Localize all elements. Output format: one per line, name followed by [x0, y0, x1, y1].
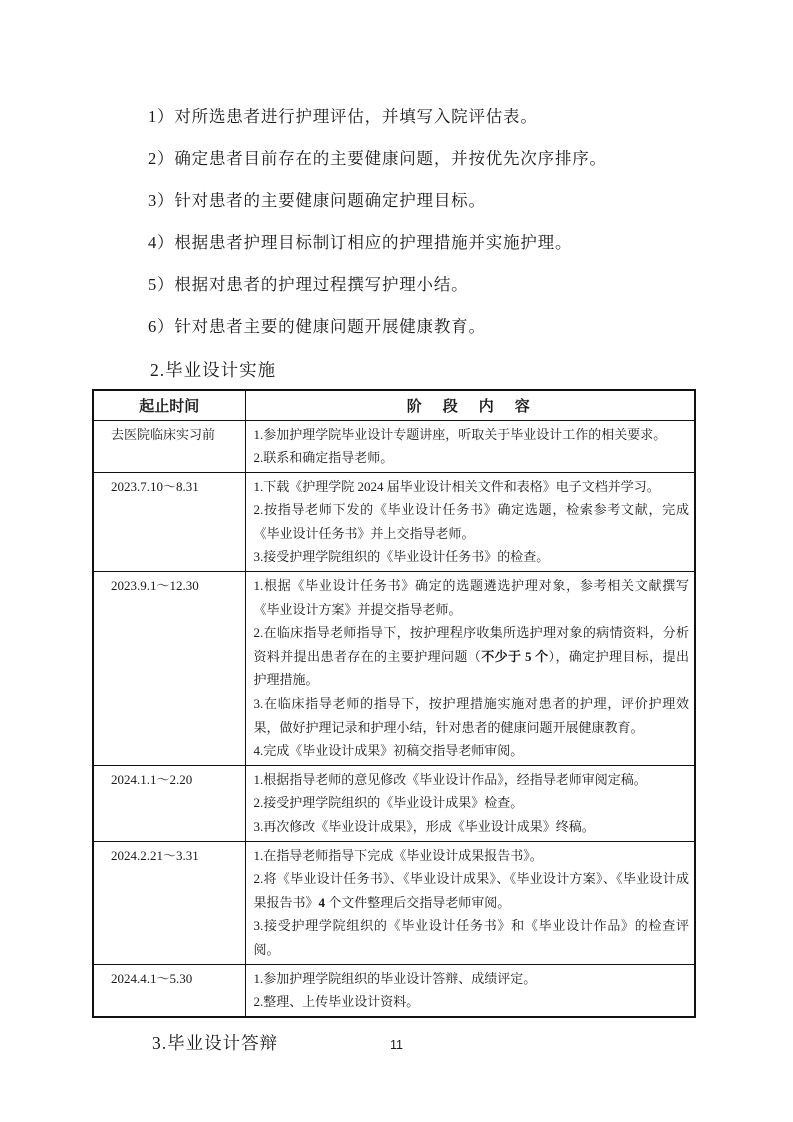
stage-item: 1.根据指导老师的意见修改《毕业设计作品》，经指导老师审阅定稿。 [254, 768, 690, 792]
stage-item: 1.参加护理学院组织的毕业设计答辩、成绩评定。 [254, 967, 690, 991]
time-cell: 2023.7.10～8.31 [93, 472, 245, 571]
stage-content-cell: 1.根据《毕业设计任务书》确定的选题遴选护理对象，参考相关文献撰写《毕业设计方案… [245, 572, 695, 766]
header-cell-time: 起止时间 [93, 390, 245, 420]
stage-item: 2.在临床指导老师指导下，按护理程序收集所选护理对象的病情资料，分析资料并提出患… [254, 621, 690, 692]
table-row: 2023.9.1～12.301.根据《毕业设计任务书》确定的选题遴选护理对象，参… [93, 572, 695, 766]
time-cell: 2024.2.21～3.31 [93, 841, 245, 964]
table-row: 2024.2.21～3.311.在指导老师指导下完成《毕业设计成果报告书》。2.… [93, 841, 695, 964]
schedule-table-body: 去医院临床实习前1.参加护理学院毕业设计专题讲座，听取关于毕业设计工作的相关要求… [93, 420, 695, 1017]
time-cell: 2023.9.1～12.30 [93, 572, 245, 766]
task-item-3: 3）针对患者的主要健康问题确定护理目标。 [148, 190, 733, 212]
stage-item: 2.接受护理学院组织的《毕业设计成果》检查。 [254, 791, 690, 815]
stage-item: 1.下载《护理学院 2024 届毕业设计相关文件和表格》电子文档并学习。 [254, 475, 690, 499]
table-row: 2024.1.1～2.201.根据指导老师的意见修改《毕业设计作品》，经指导老师… [93, 765, 695, 841]
stage-item: 2.联系和确定指导老师。 [254, 446, 690, 470]
stage-item: 3.再次修改《毕业设计成果》，形成《毕业设计成果》终稿。 [254, 815, 690, 839]
schedule-table: 起止时间 阶 段 内 容 去医院临床实习前1.参加护理学院毕业设计专题讲座，听取… [92, 389, 696, 1018]
document-page: 1）对所选患者进行护理评估，并填写入院评估表。 2）确定患者目前存在的主要健康问… [0, 0, 793, 1122]
stage-item: 4.完成《毕业设计成果》初稿交指导老师审阅。 [254, 739, 690, 763]
page-number: 11 [0, 1038, 793, 1052]
time-cell: 2024.1.1～2.20 [93, 765, 245, 841]
stage-item: 3.接受护理学院组织的《毕业设计任务书》的检查。 [254, 545, 690, 569]
stage-item: 1.在指导老师指导下完成《毕业设计成果报告书》。 [254, 844, 690, 868]
stage-item: 2.将《毕业设计任务书》、《毕业设计成果》、《毕业设计方案》、《毕业设计成果报告… [254, 867, 690, 914]
stage-content-cell: 1.根据指导老师的意见修改《毕业设计作品》，经指导老师审阅定稿。2.接受护理学院… [245, 765, 695, 841]
stage-content-cell: 1.下载《护理学院 2024 届毕业设计相关文件和表格》电子文档并学习。2.按指… [245, 472, 695, 571]
task-item-6: 6）针对患者主要的健康问题开展健康教育。 [148, 316, 733, 338]
stage-item: 1.参加护理学院毕业设计专题讲座，听取关于毕业设计工作的相关要求。 [254, 423, 690, 447]
stage-content-cell: 1.参加护理学院组织的毕业设计答辩、成绩评定。2.整理、上传毕业设计资料。 [245, 964, 695, 1017]
task-item-4: 4）根据患者护理目标制订相应的护理措施并实施护理。 [148, 232, 733, 254]
stage-item: 2.整理、上传毕业设计资料。 [254, 990, 690, 1014]
stage-content-cell: 1.在指导老师指导下完成《毕业设计成果报告书》。2.将《毕业设计任务书》、《毕业… [245, 841, 695, 964]
stage-item: 1.根据《毕业设计任务书》确定的选题遴选护理对象，参考相关文献撰写《毕业设计方案… [254, 574, 690, 621]
stage-content-cell: 1.参加护理学院毕业设计专题讲座，听取关于毕业设计工作的相关要求。2.联系和确定… [245, 420, 695, 472]
task-list: 1）对所选患者进行护理评估，并填写入院评估表。 2）确定患者目前存在的主要健康问… [0, 0, 793, 338]
table-header-row: 起止时间 阶 段 内 容 [93, 390, 695, 420]
stage-item: 3.在临床指导老师的指导下，按护理措施实施对患者的护理，评价护理效果，做好护理记… [254, 692, 690, 739]
task-item-1: 1）对所选患者进行护理评估，并填写入院评估表。 [148, 106, 733, 128]
table-row: 去医院临床实习前1.参加护理学院毕业设计专题讲座，听取关于毕业设计工作的相关要求… [93, 420, 695, 472]
table-row: 2023.7.10～8.311.下载《护理学院 2024 届毕业设计相关文件和表… [93, 472, 695, 571]
stage-item: 2.按指导老师下发的《毕业设计任务书》确定选题，检索参考文献，完成《毕业设计任务… [254, 498, 690, 545]
section-heading-implementation: 2.毕业设计实施 [150, 358, 793, 382]
task-item-2: 2）确定患者目前存在的主要健康问题，并按优先次序排序。 [148, 148, 733, 170]
header-cell-stage-content: 阶 段 内 容 [245, 390, 695, 420]
stage-item: 3.接受护理学院组织的《毕业设计任务书》和《毕业设计作品》的检查评阅。 [254, 914, 690, 961]
time-cell: 2024.4.1～5.30 [93, 964, 245, 1017]
task-item-5: 5）根据对患者的护理过程撰写护理小结。 [148, 274, 733, 296]
time-cell: 去医院临床实习前 [93, 420, 245, 472]
table-row: 2024.4.1～5.301.参加护理学院组织的毕业设计答辩、成绩评定。2.整理… [93, 964, 695, 1017]
